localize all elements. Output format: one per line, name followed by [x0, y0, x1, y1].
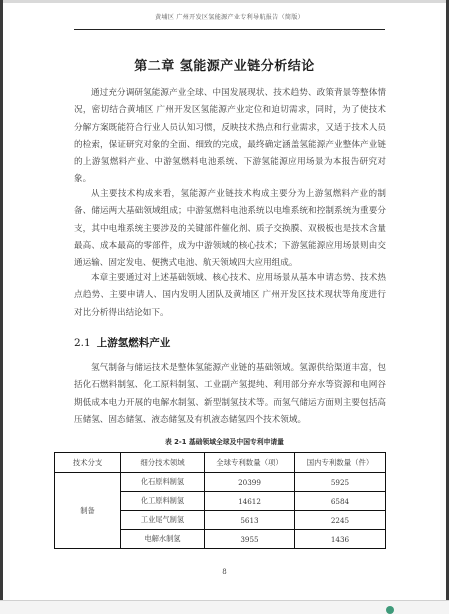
viewer-bottom-bar	[0, 600, 449, 614]
header-domestic-count: 国内专利数量（件）	[295, 453, 386, 473]
patent-count-table: 技术分支 细分技术领域 全球专利数量（项） 国内专利数量（件） 制备 化石原料制…	[54, 452, 386, 549]
table-row: 制备 化石原料制氢 20399 5925	[55, 473, 386, 492]
viewer-top-strip	[0, 0, 449, 3]
status-indicator-icon	[386, 606, 394, 614]
global-cell: 5613	[205, 511, 295, 530]
domestic-cell: 1436	[295, 530, 386, 549]
domestic-cell: 2245	[295, 511, 386, 530]
running-header: 黄埔区 广州开发区氢能源产业专利导航报告（简版）	[74, 12, 385, 21]
field-cell: 电解水制氢	[121, 530, 205, 549]
domestic-cell: 6584	[295, 492, 386, 511]
viewer-left-border	[0, 0, 3, 600]
section-heading: 2.1上游氢燃料产业	[74, 335, 170, 350]
global-cell: 14612	[205, 492, 295, 511]
paragraph-intro: 通过充分调研氢能源产业全球、中国发展现状、技术趋势、政策背景等整体情况，密切结合…	[74, 85, 386, 189]
paragraph-upstream: 氢气制备与储运技术是整体氢能源产业链的基础领域。氢源供给渠道丰富，包括化石燃料制…	[74, 360, 386, 429]
field-cell: 工业尾气制氢	[121, 511, 205, 530]
global-cell: 3955	[205, 530, 295, 549]
table-header-row: 技术分支 细分技术领域 全球专利数量（项） 国内专利数量（件）	[55, 453, 386, 473]
paragraph-tech-composition: 从主要技术构成来看，氢能源产业链技术构成主要分为上游氢燃料产业的制备、储运两大基…	[74, 186, 386, 272]
header-sub-field: 细分技术领域	[121, 453, 205, 473]
branch-cell: 制备	[55, 473, 121, 549]
paragraph-chapter-scope: 本章主要通过对上述基础领域、核心技术、应用场景从基本申请态势、技术热点趋势、主要…	[74, 270, 386, 322]
table-caption: 表 2-1 基础领域全球及中国专利申请量	[0, 436, 449, 446]
domestic-cell: 5925	[295, 473, 386, 492]
global-cell: 20399	[205, 473, 295, 492]
page-number: 8	[0, 568, 449, 576]
header-tech-branch: 技术分支	[55, 453, 121, 473]
section-title-text: 上游氢燃料产业	[97, 337, 171, 349]
chapter-title: 第二章 氢能源产业链分析结论	[0, 55, 449, 74]
field-cell: 化工原料制氢	[121, 492, 205, 511]
header-rule	[74, 29, 385, 30]
section-number: 2.1	[74, 337, 91, 349]
field-cell: 化石原料制氢	[121, 473, 205, 492]
header-global-count: 全球专利数量（项）	[205, 453, 295, 473]
